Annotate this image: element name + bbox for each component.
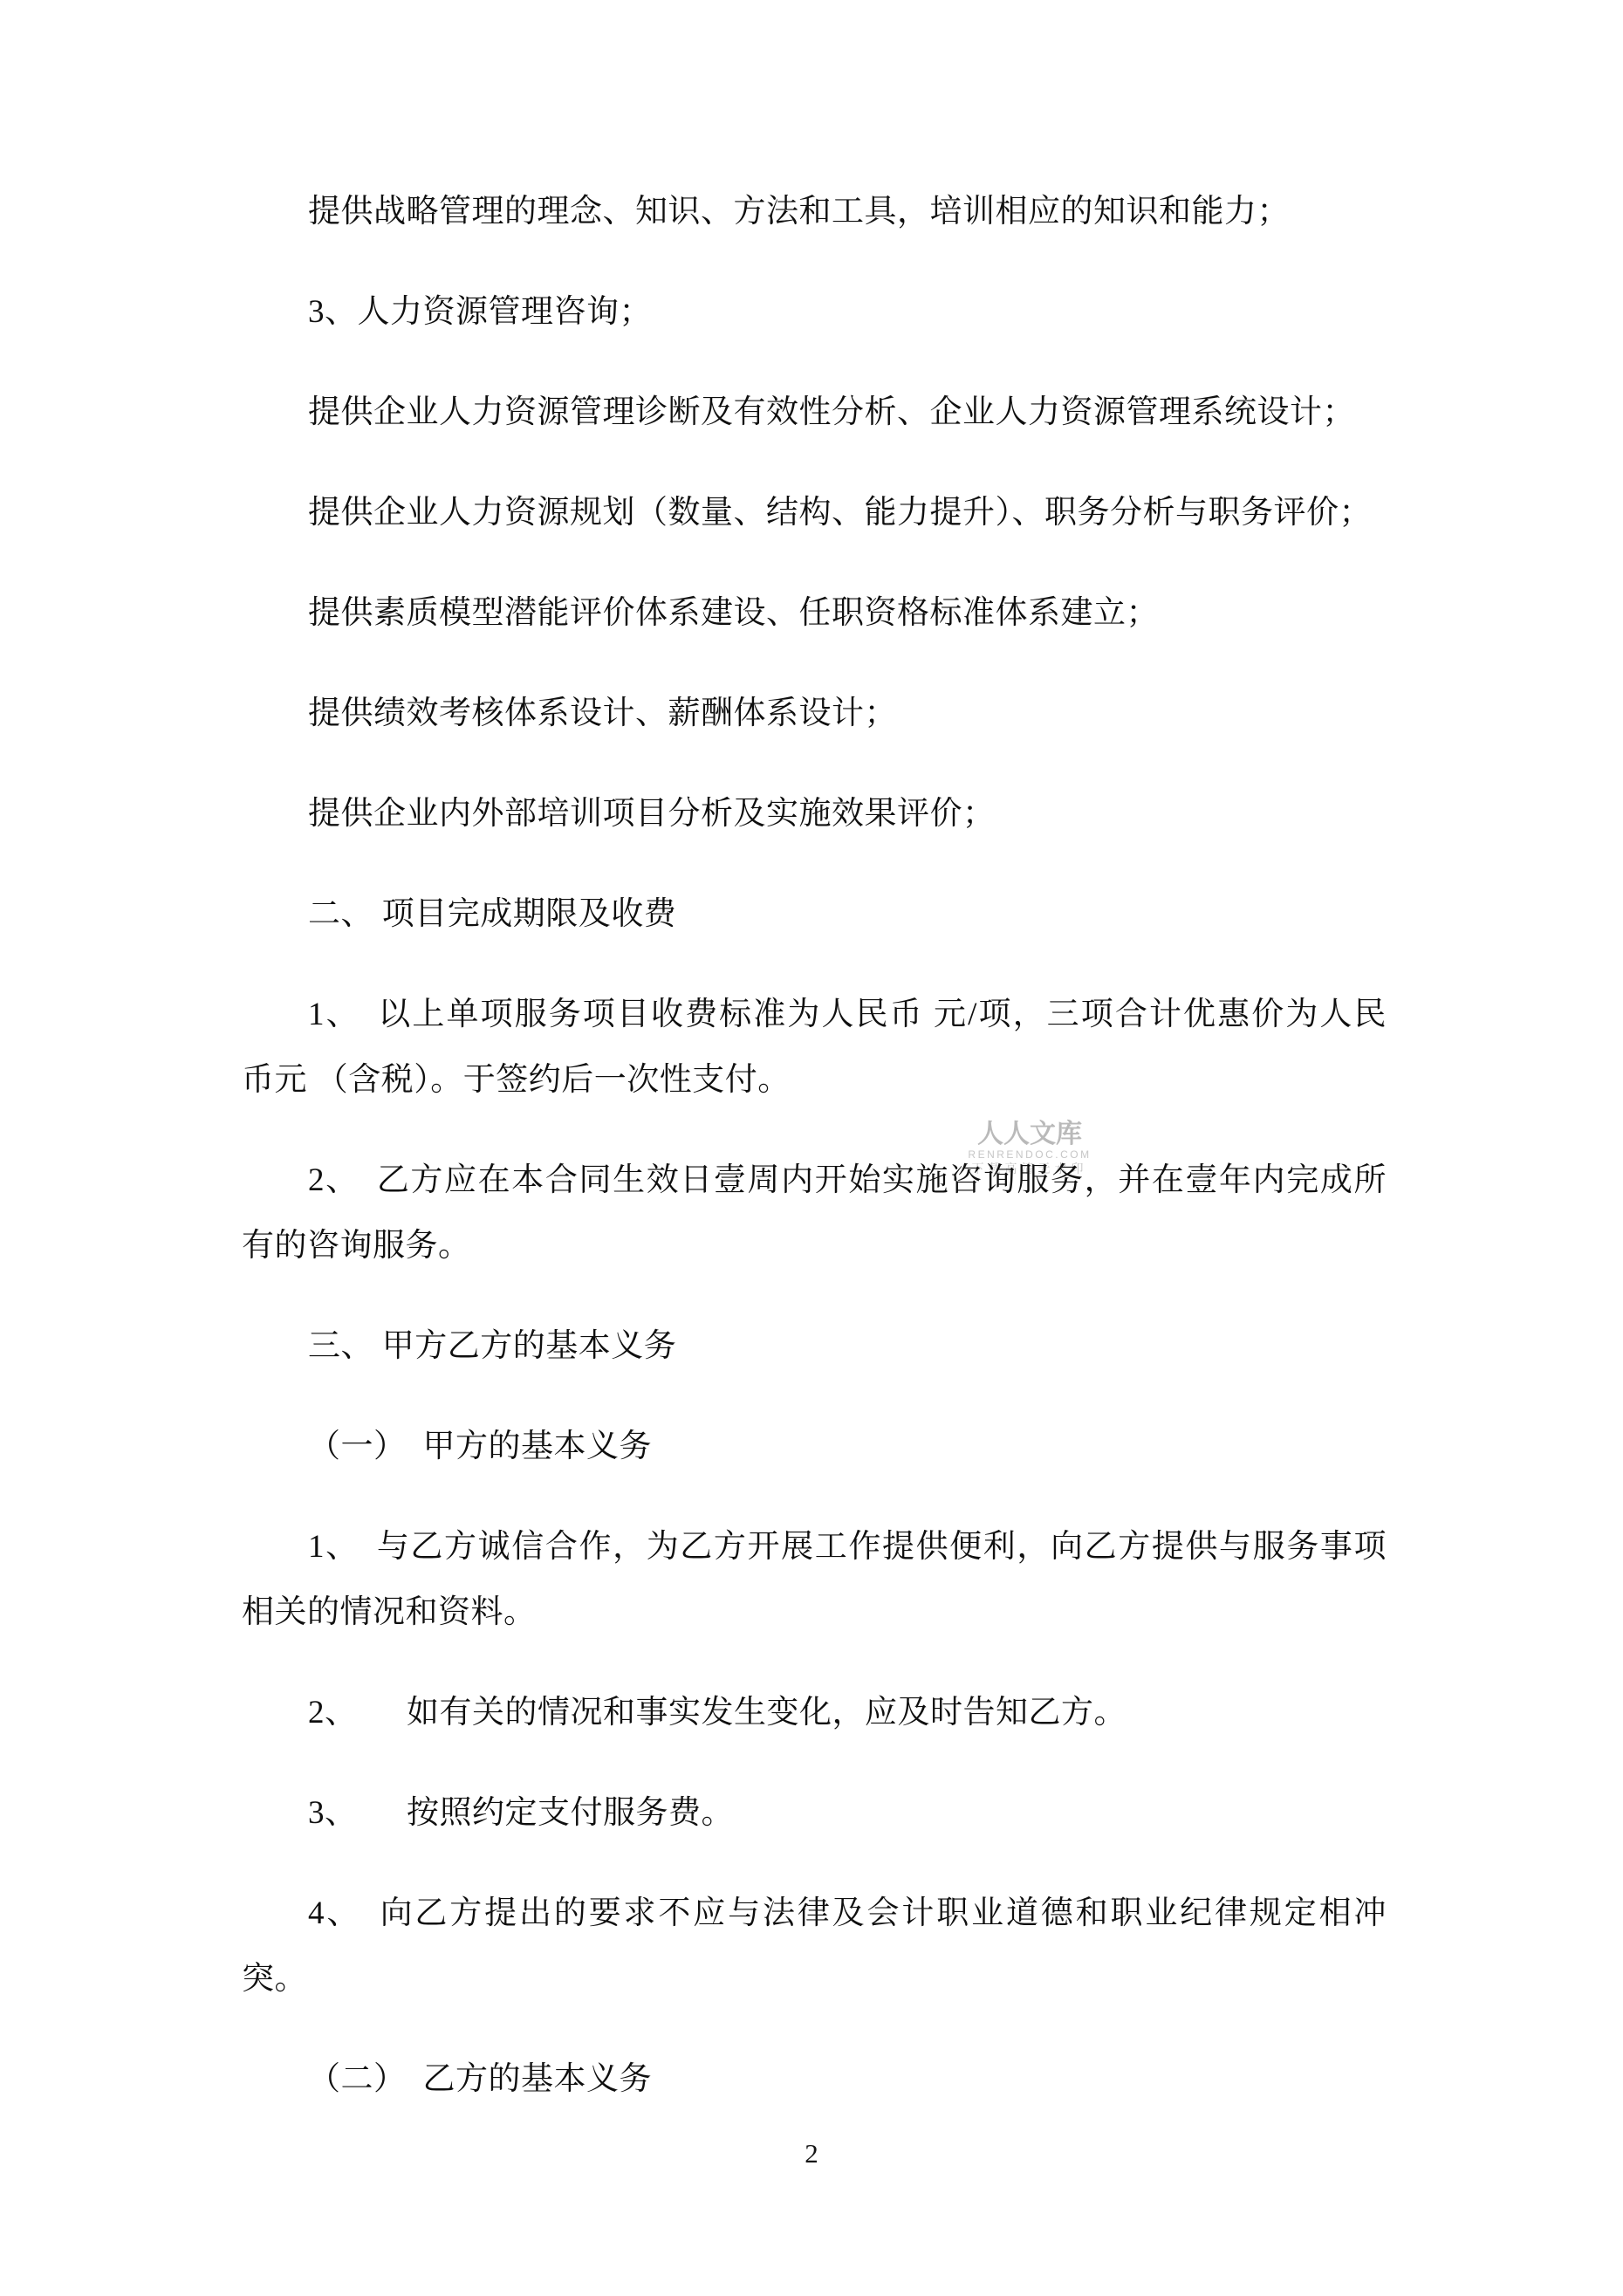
paragraph: 三、 甲方乙方的基本义务 xyxy=(242,1313,1387,1379)
text-line: （二） 乙方的基本义务 xyxy=(242,2046,1387,2112)
text-line: 提供企业人力资源管理诊断及有效性分析、企业人力资源管理系统设计； xyxy=(242,380,1387,445)
text-line: 1、 以上单项服务项目收费标准为人民币 元/项，三项合计优惠价为人民 xyxy=(242,982,1387,1047)
paragraph: 3、人力资源管理咨询； xyxy=(242,279,1387,345)
text-line: 2、 如有关的情况和事实发生变化，应及时告知乙方。 xyxy=(242,1680,1387,1745)
text-line: 提供绩效考核体系设计、薪酬体系设计； xyxy=(242,681,1387,746)
text-line: 3、 按照约定支付服务费。 xyxy=(242,1780,1387,1846)
paragraph: 二、 项目完成期限及收费 xyxy=(242,881,1387,947)
page-number: 2 xyxy=(0,2136,1623,2171)
text-line: 3、人力资源管理咨询； xyxy=(242,279,1387,345)
paragraph: 1、 与乙方诚信合作，为乙方开展工作提供便利，向乙方提供与服务事项相关的情况和资… xyxy=(242,1514,1387,1645)
text-line: 提供企业人力资源规划（数量、结构、能力提升）、职务分析与职务评价； xyxy=(242,480,1387,545)
paragraph: 提供企业内外部培训项目分析及实施效果评价； xyxy=(242,781,1387,846)
text-line: （一） 甲方的基本义务 xyxy=(242,1414,1387,1479)
document-page: 人人文库 RENRENDOC.COM 下载高清无水印 提供战略管理的理念、知识、… xyxy=(0,0,1623,2296)
text-line: 1、 与乙方诚信合作，为乙方开展工作提供便利，向乙方提供与服务事项 xyxy=(242,1514,1387,1580)
text-line: 相关的情况和资料。 xyxy=(242,1580,1387,1645)
text-line: 二、 项目完成期限及收费 xyxy=(242,881,1387,947)
text-line: 提供战略管理的理念、知识、方法和工具，培训相应的知识和能力； xyxy=(242,179,1387,244)
text-line: 币元 （含税）。于签约后一次性支付。 xyxy=(242,1047,1387,1113)
paragraph: 提供企业人力资源管理诊断及有效性分析、企业人力资源管理系统设计； xyxy=(242,380,1387,445)
document-body: 提供战略管理的理念、知识、方法和工具，培训相应的知识和能力；3、人力资源管理咨询… xyxy=(242,179,1387,2147)
paragraph: 提供绩效考核体系设计、薪酬体系设计； xyxy=(242,681,1387,746)
text-line: 提供企业内外部培训项目分析及实施效果评价； xyxy=(242,781,1387,846)
paragraph: 提供素质模型潜能评价体系建设、任职资格标准体系建立； xyxy=(242,580,1387,646)
text-line: 2、 乙方应在本合同生效日壹周内开始实施咨询服务，并在壹年内完成所 xyxy=(242,1148,1387,1213)
paragraph: 4、 向乙方提出的要求不应与法律及会计职业道德和职业纪律规定相冲突。 xyxy=(242,1881,1387,2012)
text-line: 有的咨询服务。 xyxy=(242,1213,1387,1278)
paragraph: （一） 甲方的基本义务 xyxy=(242,1414,1387,1479)
paragraph: （二） 乙方的基本义务 xyxy=(242,2046,1387,2112)
text-line: 突。 xyxy=(242,1946,1387,2012)
paragraph: 2、 如有关的情况和事实发生变化，应及时告知乙方。 xyxy=(242,1680,1387,1745)
paragraph: 3、 按照约定支付服务费。 xyxy=(242,1780,1387,1846)
paragraph: 2、 乙方应在本合同生效日壹周内开始实施咨询服务，并在壹年内完成所有的咨询服务。 xyxy=(242,1148,1387,1278)
paragraph: 1、 以上单项服务项目收费标准为人民币 元/项，三项合计优惠价为人民币元 （含税… xyxy=(242,982,1387,1113)
paragraph: 提供战略管理的理念、知识、方法和工具，培训相应的知识和能力； xyxy=(242,179,1387,244)
text-line: 三、 甲方乙方的基本义务 xyxy=(242,1313,1387,1379)
text-line: 提供素质模型潜能评价体系建设、任职资格标准体系建立； xyxy=(242,580,1387,646)
text-line: 4、 向乙方提出的要求不应与法律及会计职业道德和职业纪律规定相冲 xyxy=(242,1881,1387,1946)
paragraph: 提供企业人力资源规划（数量、结构、能力提升）、职务分析与职务评价； xyxy=(242,480,1387,545)
